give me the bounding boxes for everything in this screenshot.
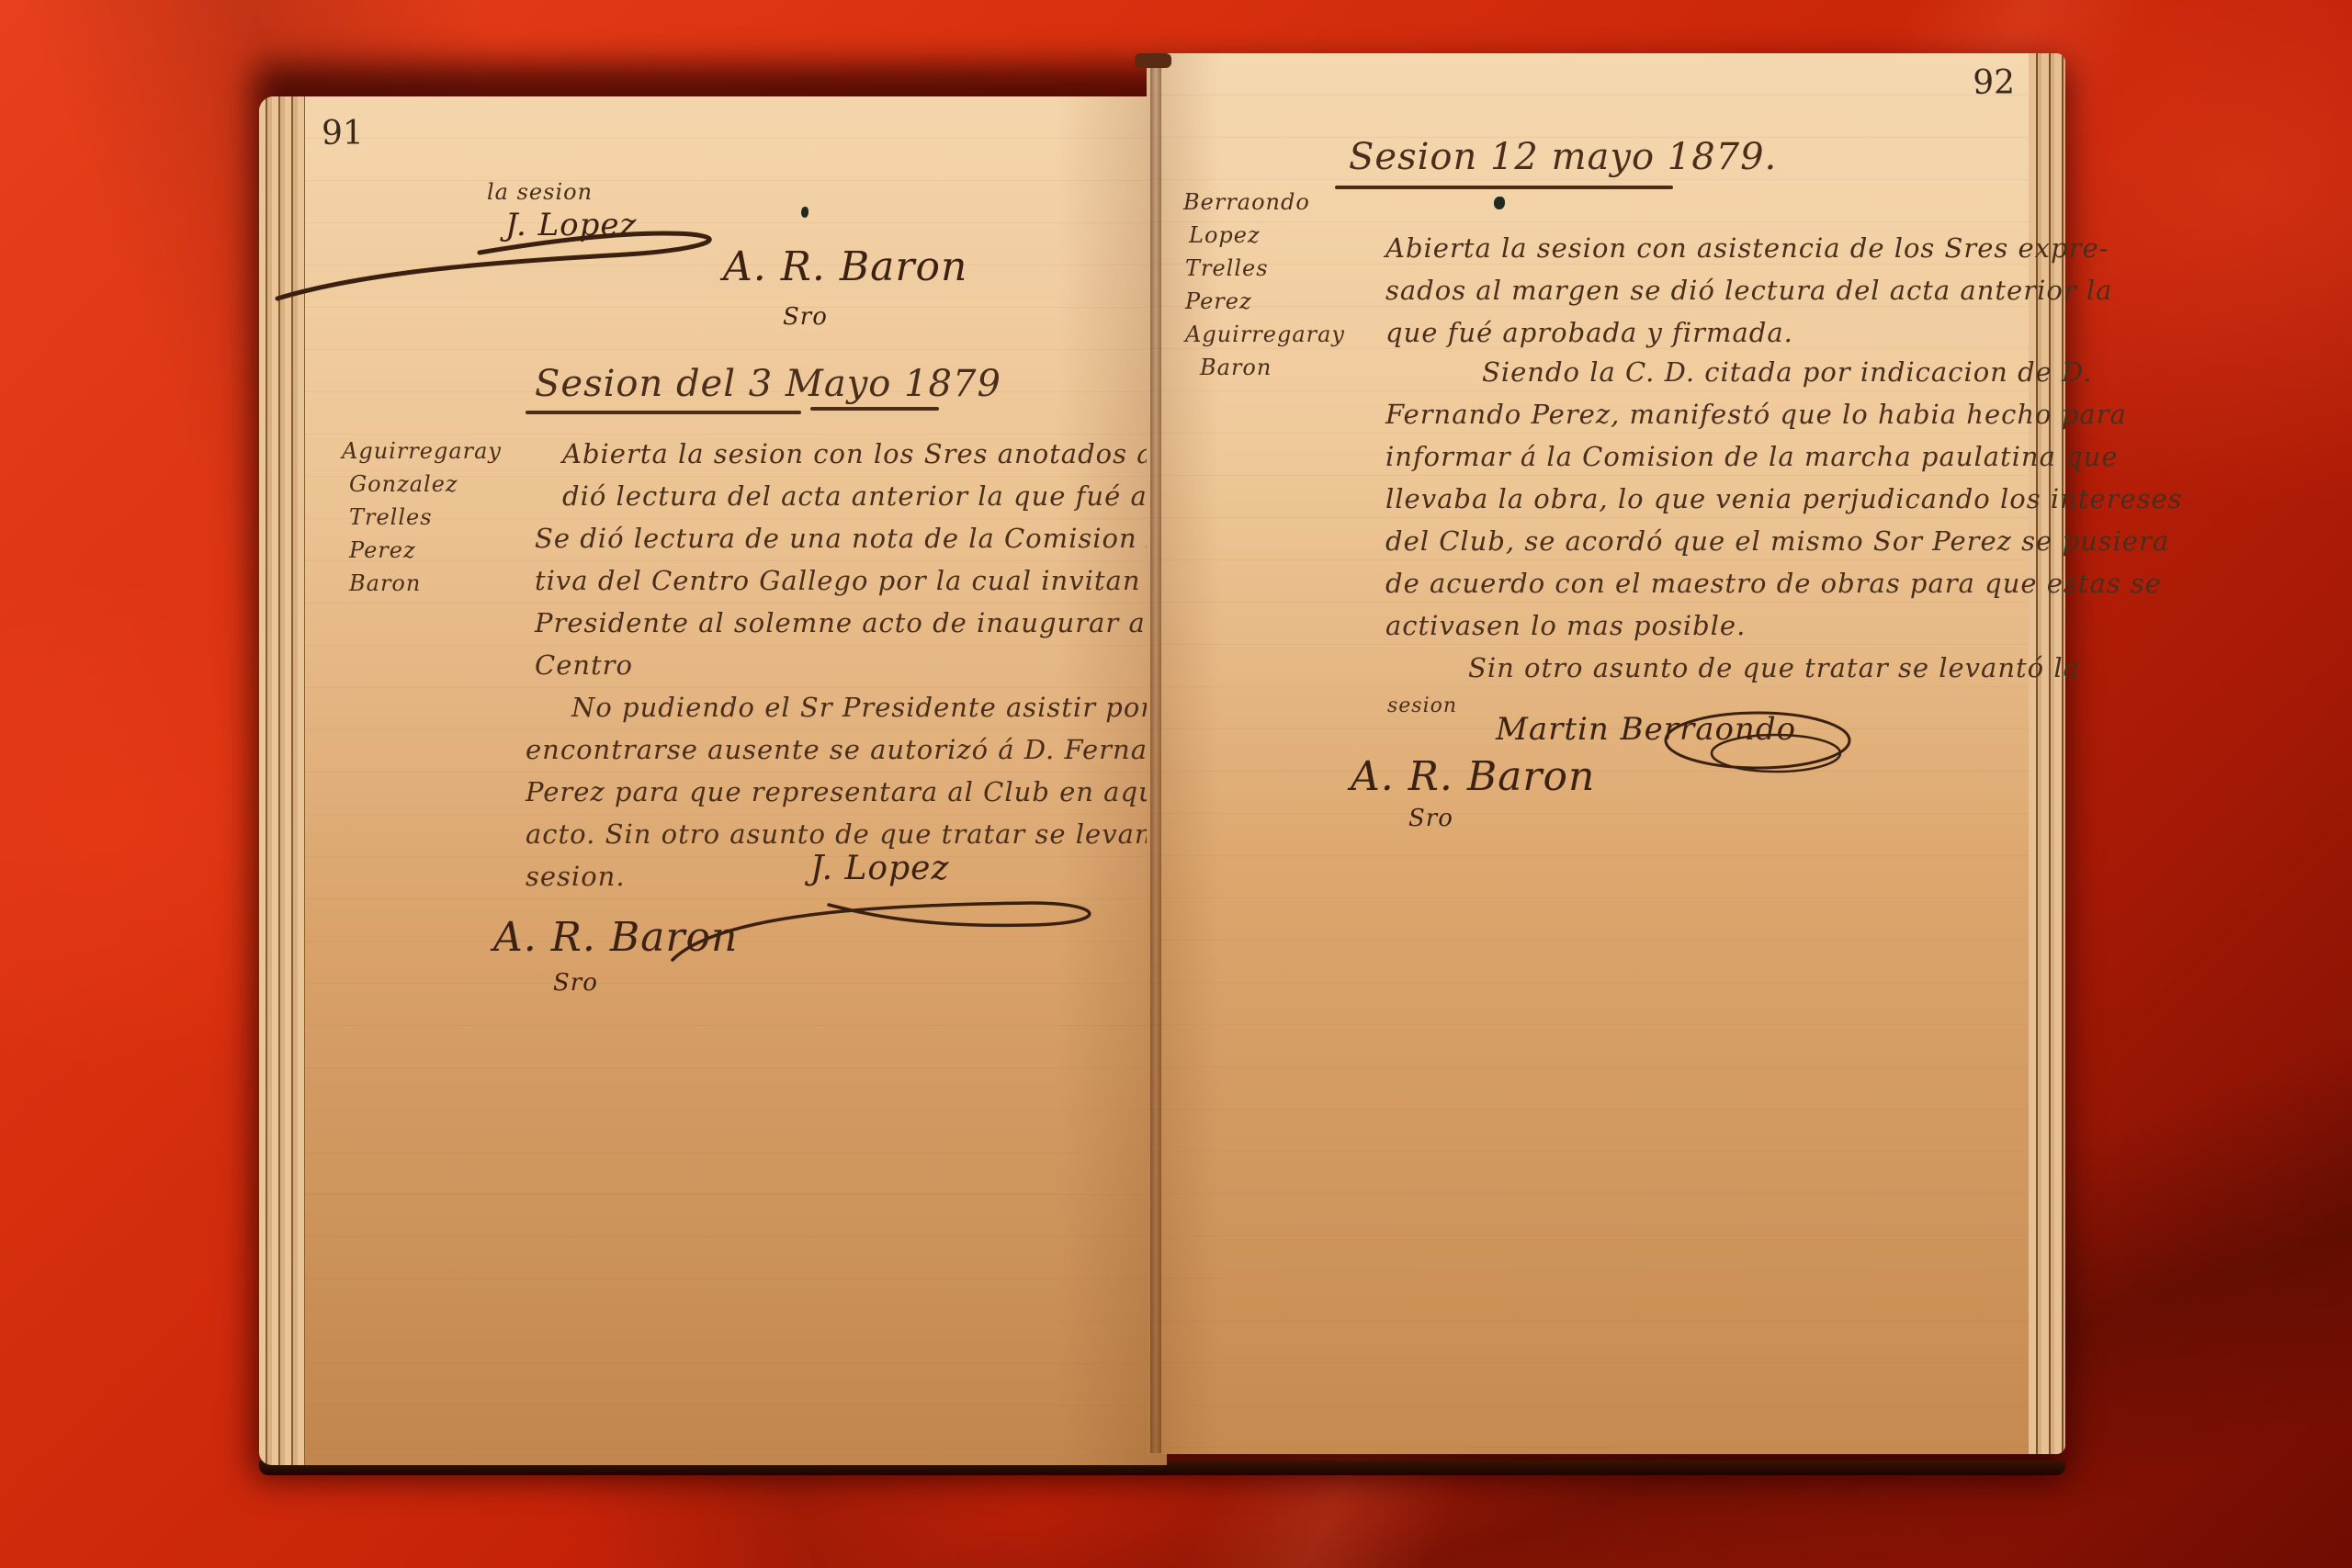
attendee-name: Trelles	[349, 504, 433, 530]
minutes-line: informar á la Comision de la marcha paul…	[1385, 441, 2119, 472]
minutes-line: sesion	[1387, 694, 1457, 717]
book-gutter	[1150, 57, 1161, 1453]
right-page: 92 Sesion 12 mayo 1879. Berraondo Lopez …	[1147, 53, 2065, 1454]
ink-blot	[1494, 197, 1505, 209]
minutes-line: Abierta la sesion con asistencia de los …	[1385, 232, 2109, 264]
minutes-line: Fernando Perez, manifestó que lo habia h…	[1385, 399, 2127, 430]
signature-baron-top: A. R. Baron	[723, 243, 967, 290]
minutes-line: tiva del Centro Gallego por la cual invi…	[535, 565, 1218, 596]
top-fragment-text: la sesion	[487, 179, 593, 205]
signature-title: Sro	[553, 969, 598, 997]
minutes-line: Centro	[535, 649, 633, 681]
attendee-name: Berraondo	[1183, 189, 1310, 215]
book-spine	[1135, 53, 1171, 68]
minutes-line: sesion.	[526, 861, 626, 892]
attendee-name: Baron	[349, 570, 421, 596]
attendee-name: Aguirregaray	[1185, 321, 1345, 347]
minutes-line: No pudiendo el Sr Presidente asistir por	[571, 692, 1154, 723]
page-number: 91	[322, 115, 364, 152]
minutes-line: encontrarse ausente se autorizó á D. Fer…	[526, 734, 1201, 765]
attendee-name: Perez	[349, 537, 416, 563]
ink-blot	[801, 207, 808, 218]
minutes-line: Perez para que representara al Club en a…	[526, 776, 1182, 807]
minutes-line: que fué aprobada y firmada.	[1385, 317, 1793, 348]
minutes-line: Se dió lectura de una nota de la Comisio…	[535, 523, 1235, 554]
minutes-line: del Club, se acordó que el mismo Sor Per…	[1385, 525, 2169, 557]
minutes-line: Presidente al solemne acto de inaugurar …	[535, 607, 1207, 638]
signature-flourish	[259, 207, 755, 317]
signature-title: Sro	[783, 303, 828, 331]
signature-baron-closing: A. R. Baron	[1351, 753, 1595, 800]
attendee-name: Perez	[1185, 288, 1252, 314]
attendee-name: Lopez	[1189, 222, 1261, 248]
minutes-line: llevaba la obra, lo que venia perjudican…	[1385, 483, 2183, 514]
session-heading: Sesion del 3 Mayo 1879	[535, 363, 1001, 405]
signature-title: Sro	[1408, 805, 1453, 832]
signature-baron-closing: A. R. Baron	[493, 914, 738, 961]
session-heading: Sesion 12 mayo 1879.	[1349, 136, 1777, 178]
attendee-name: Gonzalez	[349, 471, 458, 497]
heading-underline	[1335, 186, 1673, 189]
minutes-line: Siendo la C. D. citada por indicacion de…	[1482, 356, 2092, 388]
heading-underline	[526, 411, 801, 414]
minutes-line: acto. Sin otro asunto de que tratar se l…	[526, 818, 1216, 850]
page-number: 92	[1973, 64, 2015, 102]
signature-flourish	[1657, 696, 1859, 788]
minutes-line: de acuerdo con el maestro de obras para …	[1385, 568, 2162, 599]
attendee-name: Baron	[1200, 355, 1272, 380]
left-page: 91 la sesion J. Lopez A. R. Baron Sro Se…	[259, 96, 1167, 1465]
attendee-name: Trelles	[1185, 255, 1269, 281]
minutes-line: Sin otro asunto de que tratar se levantó…	[1468, 652, 2080, 683]
attendee-name: Aguirregaray	[342, 438, 502, 464]
minutes-line: sados al margen se dió lectura del acta …	[1385, 275, 2112, 306]
minutes-line: activasen lo mas posible.	[1385, 610, 1746, 641]
